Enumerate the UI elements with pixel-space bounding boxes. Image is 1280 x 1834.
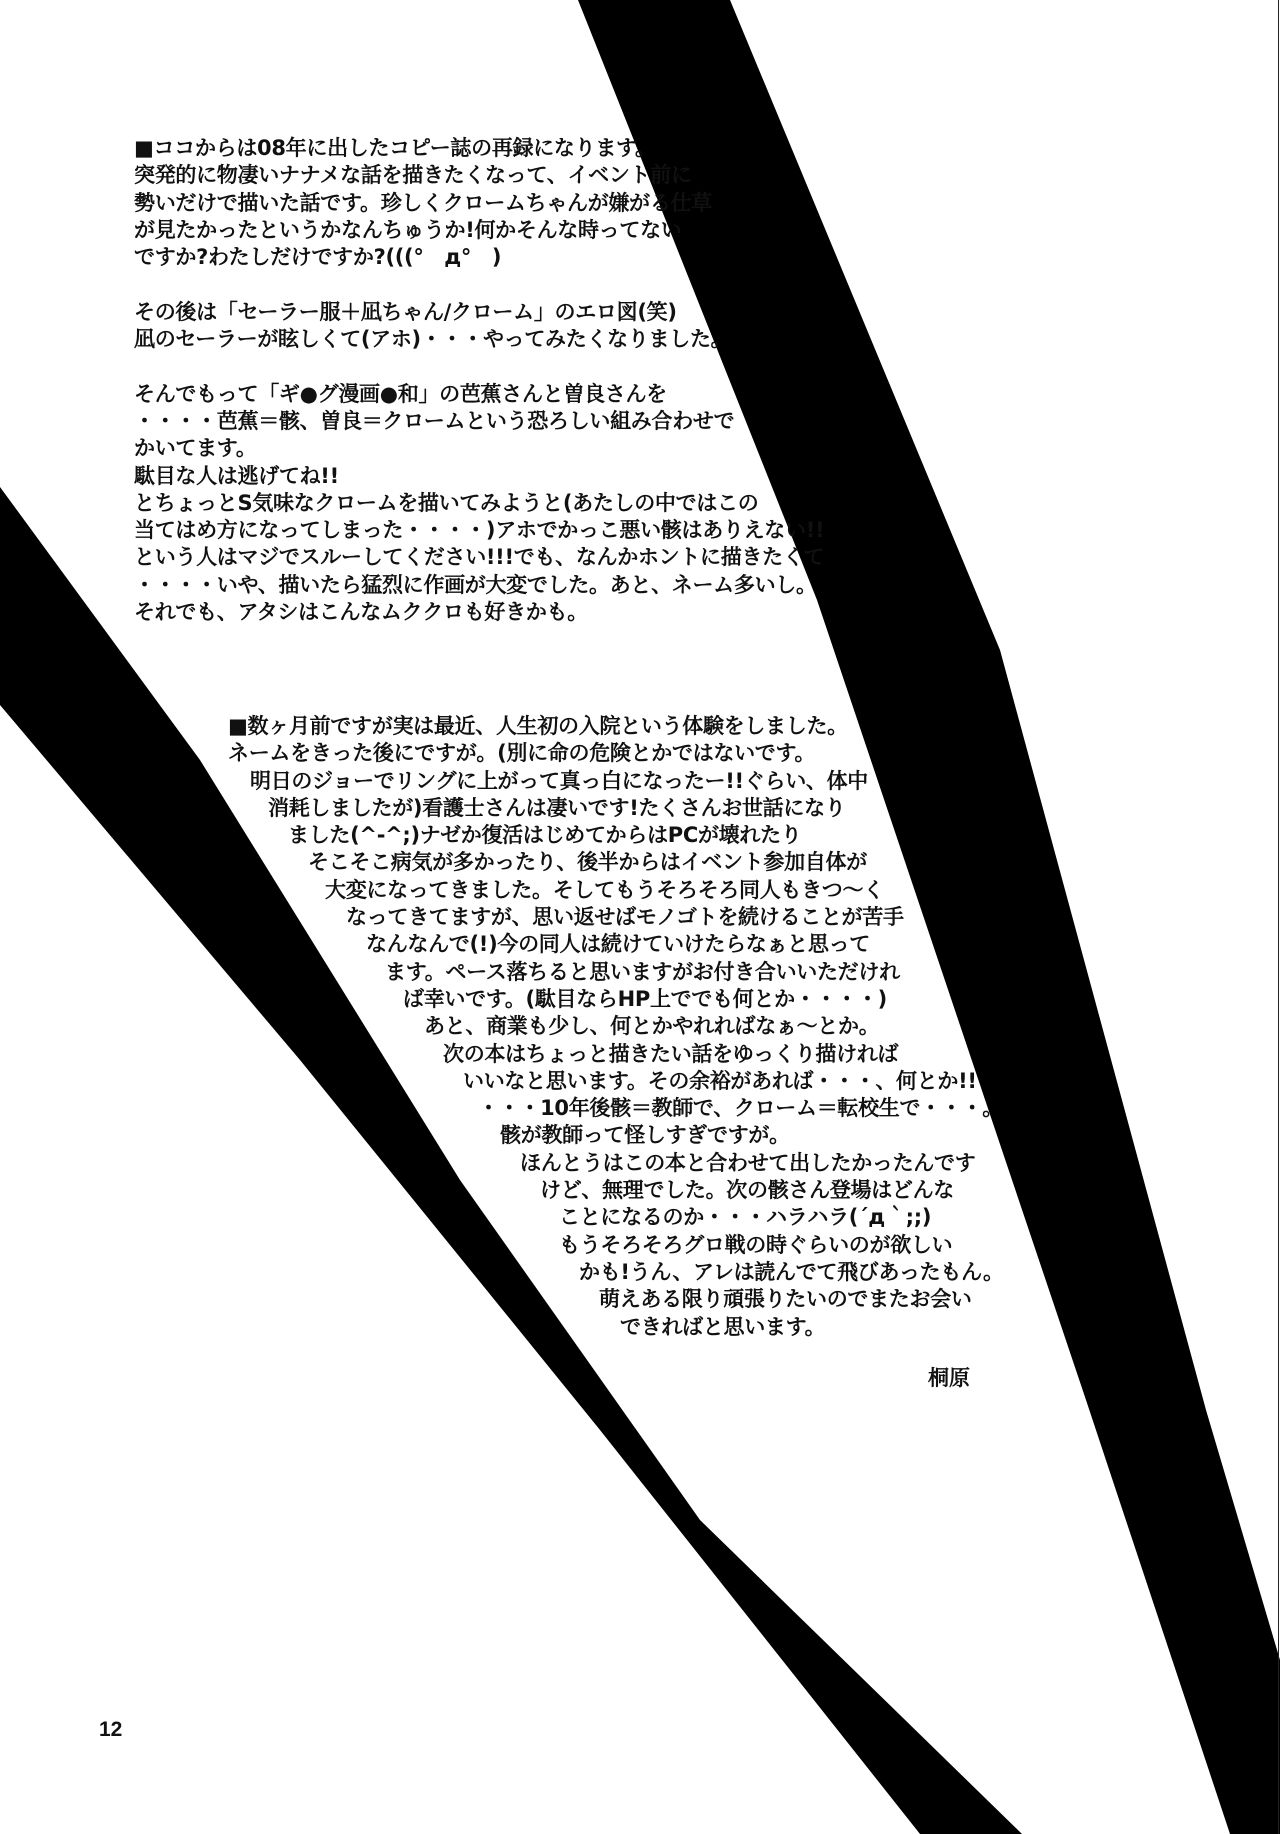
- text-line: その後は「セーラー服＋凪ちゃん/クローム」のエロ図(笑): [134, 299, 824, 326]
- text-line: という人はマジでスルーしてください!!!でも、なんかホントに描きたくて: [134, 544, 824, 571]
- text-line: 萌えある限り頑張りたいのでまたお会い: [228, 1286, 1004, 1313]
- paragraph-gap: [134, 353, 824, 380]
- author-signature: 桐原: [928, 1362, 970, 1392]
- text-line: ネームをきった後にですが。(別に命の危険とかではないです。: [228, 740, 1004, 767]
- text-line: それでも、アタシはこんなムククロも好きかも。: [134, 599, 824, 626]
- text-line: ました(^-^;)ナゼか復活はじめてからはPCが壊れたり: [228, 822, 1004, 849]
- text-line: なってきてますが、思い返せばモノゴトを続けることが苦手: [228, 904, 1004, 931]
- text-line: 次の本はちょっと描きたい話をゆっくり描ければ: [228, 1041, 1004, 1068]
- page-number: 12: [99, 1718, 122, 1742]
- page-edge-line: [1278, 0, 1279, 1834]
- text-line: ・・・・芭蕉＝骸、曽良＝クロームという恐ろしい組み合わせで: [134, 408, 824, 435]
- text-line: ほんとうはこの本と合わせて出したかったんです: [228, 1150, 1004, 1177]
- text-line: もうそろそろグロ戦の時ぐらいのが欲しい: [228, 1232, 1004, 1259]
- text-line: 凪のセーラーが眩しくて(アホ)・・・やってみたくなりました。: [134, 326, 824, 353]
- text-line: 当てはめ方になってしまった・・・・)アホでかっこ悪い骸はありえない!!: [134, 517, 824, 544]
- text-line: 明日のジョーでリングに上がって真っ白になったー!!ぐらい、体中: [228, 768, 1004, 795]
- text-line: なんなんで(!)今の同人は続けていけたらなぁと思って: [228, 931, 1004, 958]
- text-line: ■数ヶ月前ですが実は最近、人生初の入院という体験をしました。: [228, 713, 1004, 740]
- text-line: ・・・10年後骸＝教師で、クローム＝転校生で・・・。: [228, 1095, 1004, 1122]
- warning-line: 駄目な人は逃げてね!!: [134, 463, 824, 490]
- text-line: かいてます。: [134, 435, 824, 462]
- text-line: ・・・・いや、描いたら猛烈に作画が大変でした。あと、ネーム多いし。: [134, 572, 824, 599]
- text-line: が見たかったというかなんちゅうか!何かそんな時ってない: [134, 217, 824, 244]
- text-line: 骸が教師って怪しすぎですが。: [228, 1122, 1004, 1149]
- text-line: いいなと思います。その余裕があれば・・・、何とか!!: [228, 1068, 1004, 1095]
- text-line: 突発的に物凄いナナメな話を描きたくなって、イベント前に: [134, 162, 824, 189]
- text-line: 消耗しましたが)看護士さんは凄いです!たくさんお世話になり: [228, 795, 1004, 822]
- text-line: とちょっとS気味なクロームを描いてみようと(あたしの中ではこの: [134, 490, 824, 517]
- afterword-block-reprint: ■ココからは08年に出したコピー誌の再録になります。 突発的に物凄いナナメな話を…: [134, 135, 824, 626]
- text-line: そこそこ病気が多かったり、後半からはイベント参加自体が: [228, 849, 1004, 876]
- text-line: かも!うん、アレは読んでて飛びあったもん。: [228, 1259, 1004, 1286]
- text-line: 勢いだけで描いた話です。珍しくクロームちゃんが嫌がる仕草: [134, 190, 824, 217]
- text-line: ■ココからは08年に出したコピー誌の再録になります。: [134, 135, 824, 162]
- text-line: ます。ペース落ちると思いますがお付き合いいただけれ: [228, 959, 1004, 986]
- text-line: ば幸いです。(駄目ならHP上ででも何とか・・・・): [228, 986, 1004, 1013]
- text-line: けど、無理でした。次の骸さん登場はどんな: [228, 1177, 1004, 1204]
- afterword-block-personal: ■数ヶ月前ですが実は最近、人生初の入院という体験をしました。 ネームをきった後に…: [228, 713, 1004, 1341]
- text-line: 大変になってきました。そしてもうそろそろ同人もきつ～く: [228, 877, 1004, 904]
- text-line: ことになるのか・・・ハラハラ(´д｀;;): [228, 1204, 1004, 1231]
- text-line: あと、商業も少し、何とかやれればなぁ～とか。: [228, 1013, 1004, 1040]
- text-line: そんでもって「ギ●グ漫画●和」の芭蕉さんと曽良さんを: [134, 381, 824, 408]
- text-line: できればと思います。: [228, 1314, 1004, 1341]
- text-line: ですか?わたしだけですか?(((° д° ): [134, 244, 824, 271]
- paragraph-gap: [134, 271, 824, 298]
